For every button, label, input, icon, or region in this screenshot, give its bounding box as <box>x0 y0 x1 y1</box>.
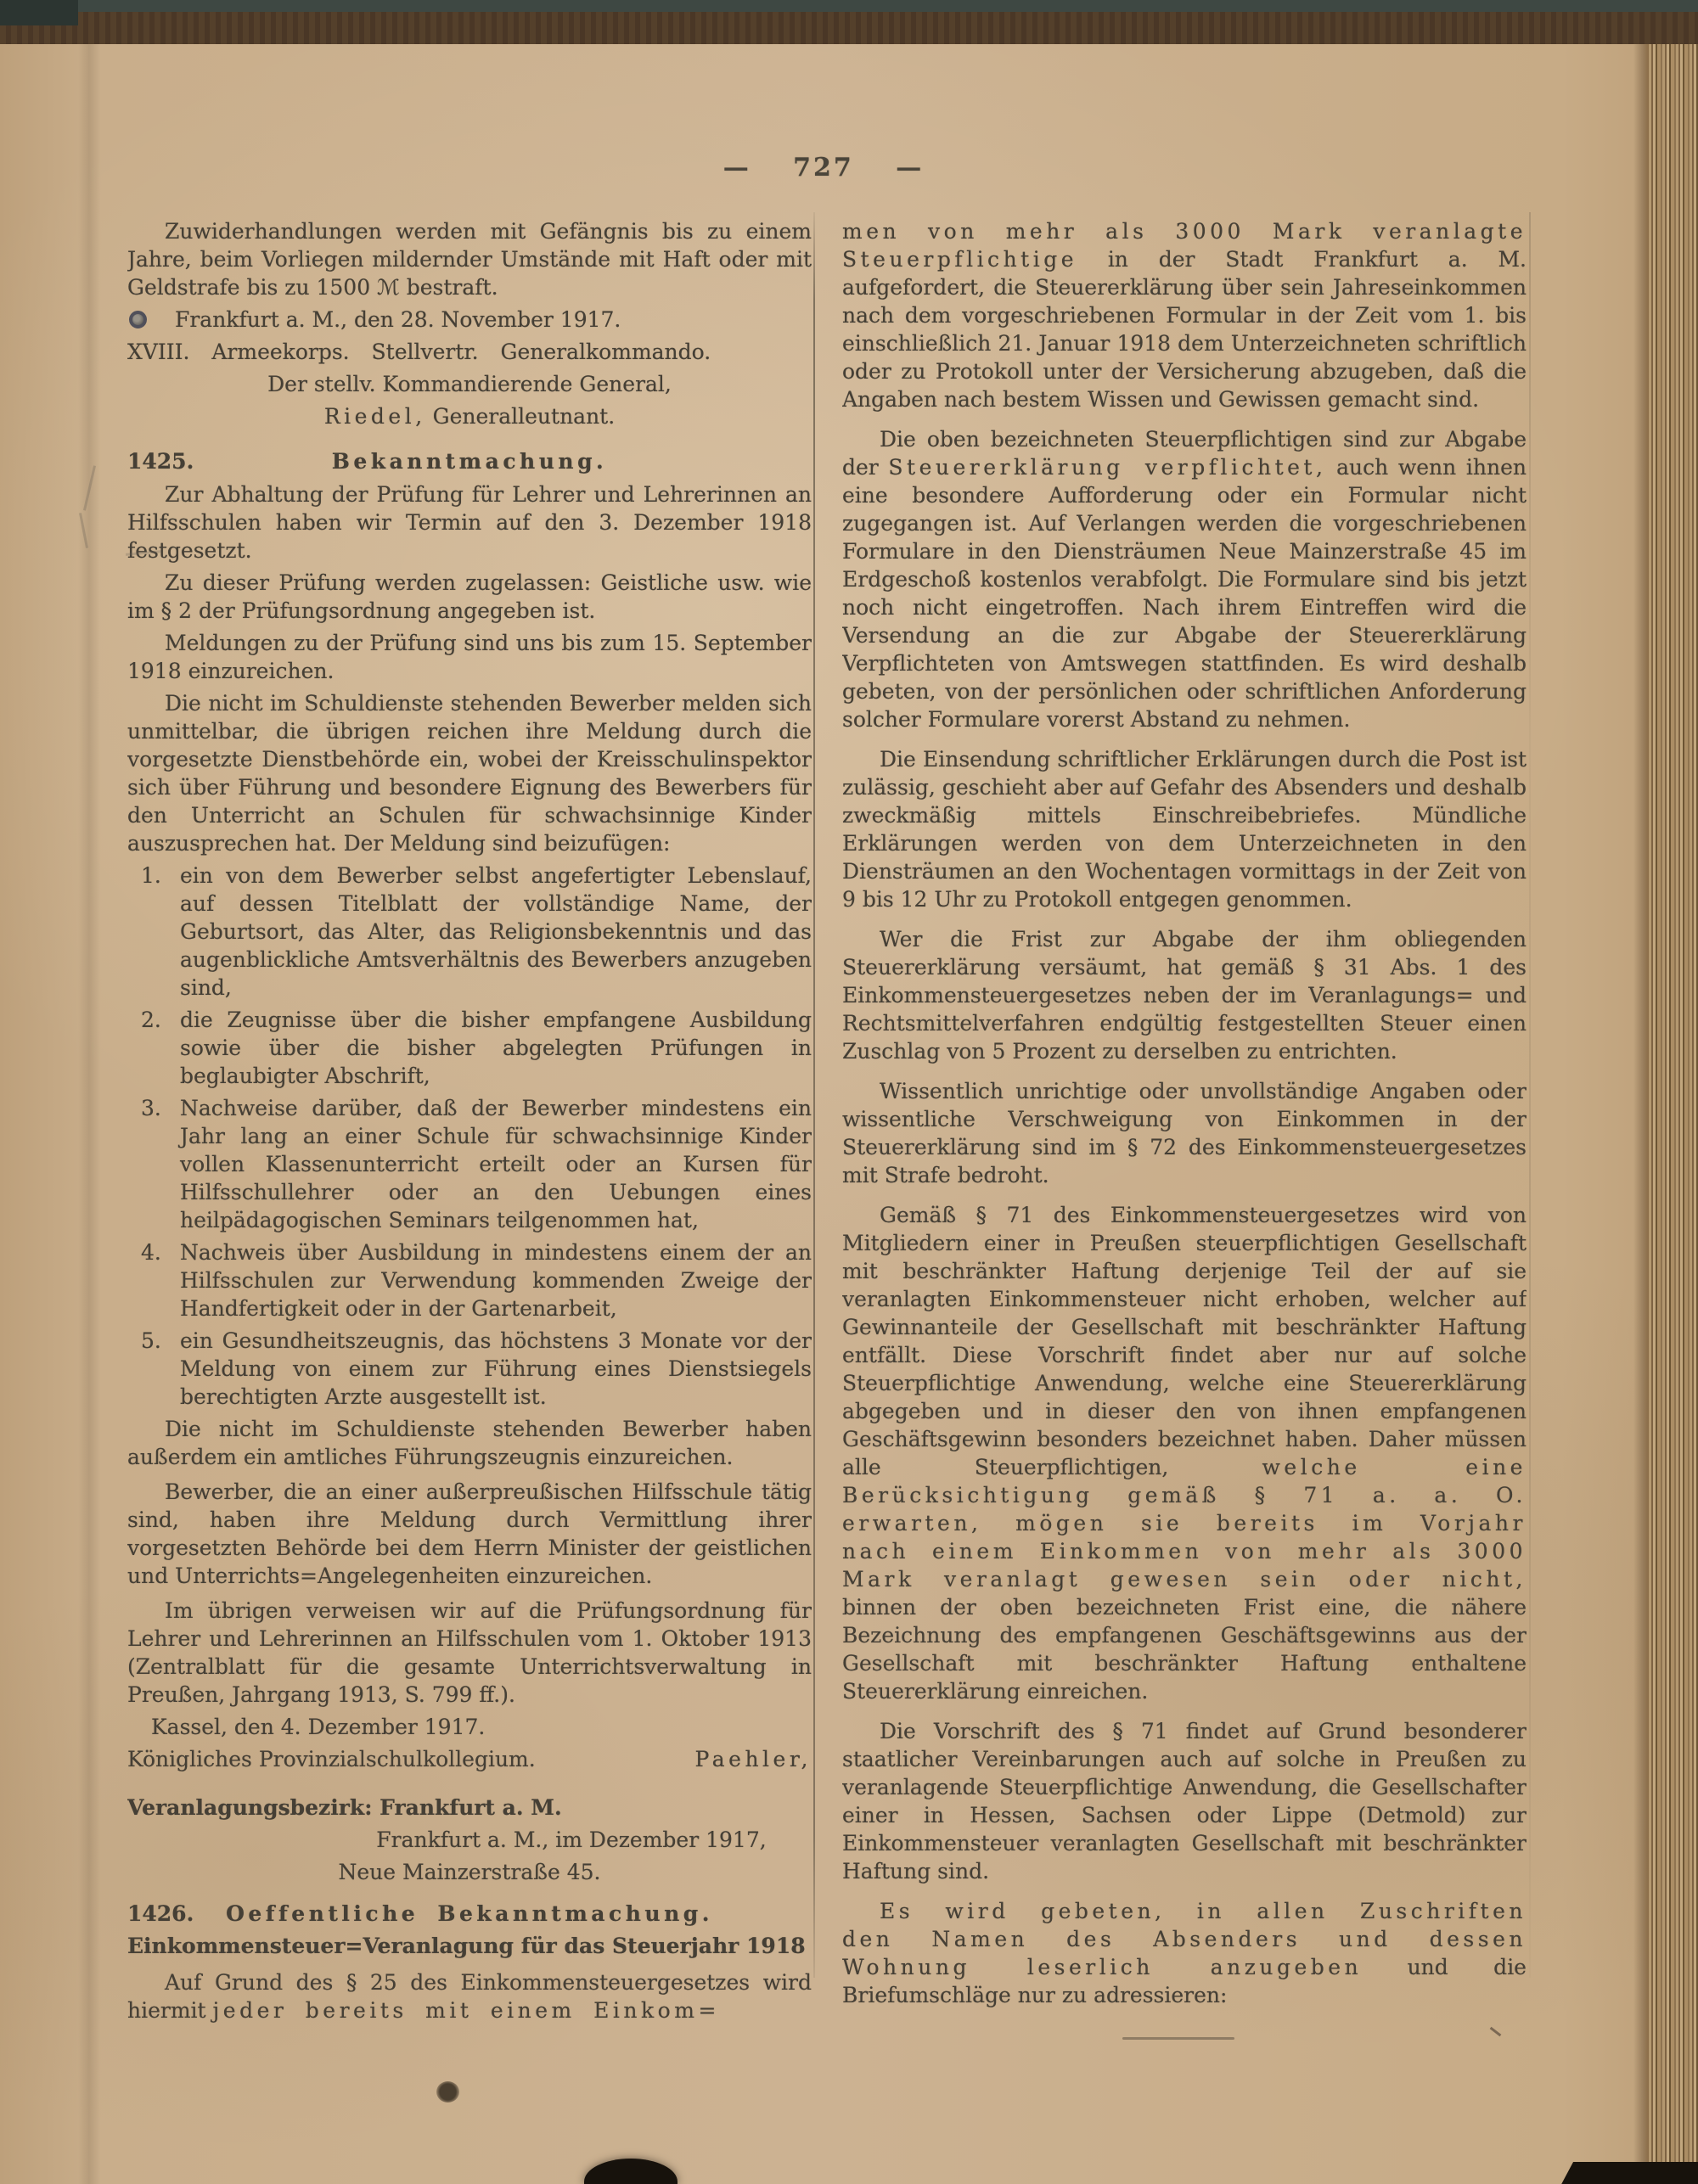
text-run: Wer die Frist zur Abgabe der ihm obliege… <box>842 927 1527 1064</box>
notice-1426-subheading: Einkommensteuer=Veranlagung für das Steu… <box>127 1932 812 1960</box>
signature-corps: XVIII. Armeekorps. Stellvertr. Generalko… <box>127 338 812 366</box>
cover-corner-top-left <box>0 0 78 25</box>
right-margin-rule <box>1529 212 1531 1978</box>
item-number: 2. <box>141 1006 161 1034</box>
paragraph: Zu dieser Prüfung werden zugelassen: Gei… <box>127 569 812 625</box>
column-divider-rule <box>813 212 815 1978</box>
paragraph: Die Einsendung schriftlicher Erklärungen… <box>842 745 1527 913</box>
text-run: jeder bereits mit einem Einkom= <box>213 1998 720 2023</box>
text-run: Frankfurt a. M., den 28. November 1917. <box>175 307 621 332</box>
text-run: Bekanntmachung. <box>332 449 608 474</box>
text-run: Steuererklärung verpflichtet, <box>888 455 1326 480</box>
paragraph: Die oben bezeichneten Steuerpflichtigen … <box>842 425 1527 733</box>
text-run: Riedel, <box>324 404 426 429</box>
page-stack-edge <box>1649 44 1698 2184</box>
list-item: 3.Nachweise darüber, daß der Bewerber mi… <box>127 1094 812 1234</box>
paragraph: Bewerber, die an einer außerpreußischen … <box>127 1478 812 1590</box>
paragraph: Wer die Frist zur Abgabe der ihm obliege… <box>842 925 1527 1065</box>
left-column: Zuwiderhandlungen werden mit Gefängnis b… <box>127 217 812 2136</box>
signature-name: Riedel, Generalleutnant. <box>127 402 812 430</box>
text-run: Meldungen zu der Prüfung sind uns bis zu… <box>127 631 812 683</box>
signature-schulkollegium: Königliches Provinzialschulkollegium.Pae… <box>127 1745 812 1773</box>
paragraph: Im übrigen verweisen wir auf die Prüfung… <box>127 1597 812 1709</box>
text-run: Die nicht im Schuldienste stehenden Bewe… <box>127 1417 812 1469</box>
item-number: 5. <box>141 1327 161 1355</box>
text-run: Zuwiderhandlungen werden mit Gefängnis b… <box>127 219 812 300</box>
text-run: in der Stadt Frankfurt a. M. aufgeforder… <box>842 247 1527 412</box>
address-line: Neue Mainzerstraße 45. <box>127 1858 812 1886</box>
text-run: die Zeugnisse über die bisher empfangene… <box>180 1008 812 1088</box>
item-number: 3. <box>141 1094 161 1122</box>
text-run: Nachweise darüber, daß der Bewerber mind… <box>180 1096 812 1232</box>
text-run: XVIII. Armeekorps. Stellvertr. Generalko… <box>127 340 711 364</box>
right-column: men von mehr als 3000 Mark veranlagte St… <box>842 217 1527 2136</box>
book-spine-band <box>0 12 1698 44</box>
text-run: ein Gesundheitszeugnis, das höchstens 3 … <box>180 1328 812 1409</box>
dateline-dezember: Frankfurt a. M., im Dezember 1917, <box>127 1826 812 1854</box>
text-run: binnen der oben bezeichneten Frist eine,… <box>842 1595 1527 1704</box>
text-run: Neue Mainzerstraße 45. <box>339 1860 601 1884</box>
item-number: 1. <box>141 862 161 890</box>
item-number: 1426. <box>127 1900 194 1928</box>
ink-dash <box>1122 2037 1234 2040</box>
text-run: Oeffentliche Bekanntmachung. <box>226 1901 713 1926</box>
district-heading: Veranlagungsbezirk: Frankfurt a. M. <box>127 1794 812 1822</box>
text-run: Die Einsendung schriftlicher Erklärungen… <box>842 747 1527 912</box>
text-run: Königliches Provinzialschulkollegium. <box>127 1745 536 1773</box>
paragraph: Die nicht im Schuldienste stehenden Bewe… <box>127 689 812 857</box>
text-run: Die nicht im Schuldienste stehenden Bewe… <box>127 691 812 856</box>
ink-stain <box>436 2081 459 2103</box>
text-run: Paehler, <box>695 1745 812 1773</box>
text-run: ein von dem Bewerber selbst angefertigte… <box>180 863 812 1000</box>
paragraph: Meldungen zu der Prüfung sind uns bis zu… <box>127 629 812 685</box>
book-cover-edge-top <box>0 0 1698 12</box>
page-fold-shadow <box>1633 44 1649 2184</box>
paragraph: men von mehr als 3000 Mark veranlagte St… <box>842 217 1527 413</box>
page-number: — 727 — <box>0 153 1647 182</box>
paragraph: Die nicht im Schuldienste stehenden Bewe… <box>127 1415 812 1471</box>
paragraph: Es wird gebeten, in allen Zuschriften de… <box>842 1897 1527 2009</box>
paper-crease <box>78 0 100 2184</box>
text-run: Bewerber, die an einer außerpreußischen … <box>127 1479 812 1588</box>
text-run: Wissentlich unrichtige oder unvollständi… <box>842 1079 1527 1187</box>
text-run: Generalleutnant. <box>426 404 616 429</box>
text-run: Im übrigen verweisen wir auf die Prüfung… <box>127 1598 812 1707</box>
text-run: Einkommensteuer=Veranlagung für das Steu… <box>127 1934 806 1958</box>
text-run: Zur Abhaltung der Prüfung für Lehrer und… <box>127 482 812 563</box>
scanned-gazette-page: — 727 — Zuwiderhandlungen werden mit Gef… <box>0 0 1698 2184</box>
text-run: Kassel, den 4. Dezember 1917. <box>151 1715 485 1739</box>
item-number: 4. <box>141 1238 161 1266</box>
text-run: Der stellv. Kommandierende General, <box>267 372 672 396</box>
book-clasp-bottom <box>584 2159 678 2184</box>
list-item: 1.ein von dem Bewerber selbst angefertig… <box>127 862 812 1002</box>
dateline-kassel: Kassel, den 4. Dezember 1917. <box>127 1713 812 1741</box>
list-item: 5.ein Gesundheitszeugnis, das höchstens … <box>127 1327 812 1411</box>
paragraph-penalty: Zuwiderhandlungen werden mit Gefängnis b… <box>127 217 812 301</box>
text-run: Veranlagungsbezirk: Frankfurt a. M. <box>127 1795 562 1820</box>
text-run: Gemäß § 71 des Einkommensteuergesetzes w… <box>842 1203 1527 1479</box>
list-item: 4.Nachweis über Ausbildung in mindestens… <box>127 1238 812 1322</box>
list-item: 2.die Zeugnisse über die bisher empfange… <box>127 1006 812 1090</box>
text-run: auch wenn ihnen eine besondere Aufforder… <box>842 455 1527 732</box>
text-run: Frankfurt a. M., im Dezember 1917, <box>376 1827 766 1852</box>
dateline-frankfurt: Frankfurt a. M., den 28. November 1917. <box>127 306 812 334</box>
signature-role: Der stellv. Kommandierende General, <box>127 370 812 398</box>
paragraph: Auf Grund des § 25 des Einkommensteuerge… <box>127 1968 812 2024</box>
text-run: Zu dieser Prüfung werden zugelassen: Gei… <box>127 570 812 623</box>
paragraph: Zur Abhaltung der Prüfung für Lehrer und… <box>127 480 812 564</box>
stamp-mark <box>129 311 147 328</box>
cover-corner-bottom-right <box>1558 2162 1698 2184</box>
paragraph: Gemäß § 71 des Einkommensteuergesetzes w… <box>842 1201 1527 1705</box>
notice-1425-header: 1425.Bekanntmachung. <box>127 447 812 475</box>
notice-1426-header: 1426.Oeffentliche Bekanntmachung. <box>127 1900 812 1928</box>
text-run: Die Vorschrift des § 71 findet auf Grund… <box>842 1719 1527 1884</box>
text-run: Nachweis über Ausbildung in mindestens e… <box>180 1240 812 1321</box>
paragraph: Wissentlich unrichtige oder unvollständi… <box>842 1077 1527 1189</box>
paragraph: Die Vorschrift des § 71 findet auf Grund… <box>842 1717 1527 1885</box>
item-number: 1425. <box>127 447 194 475</box>
